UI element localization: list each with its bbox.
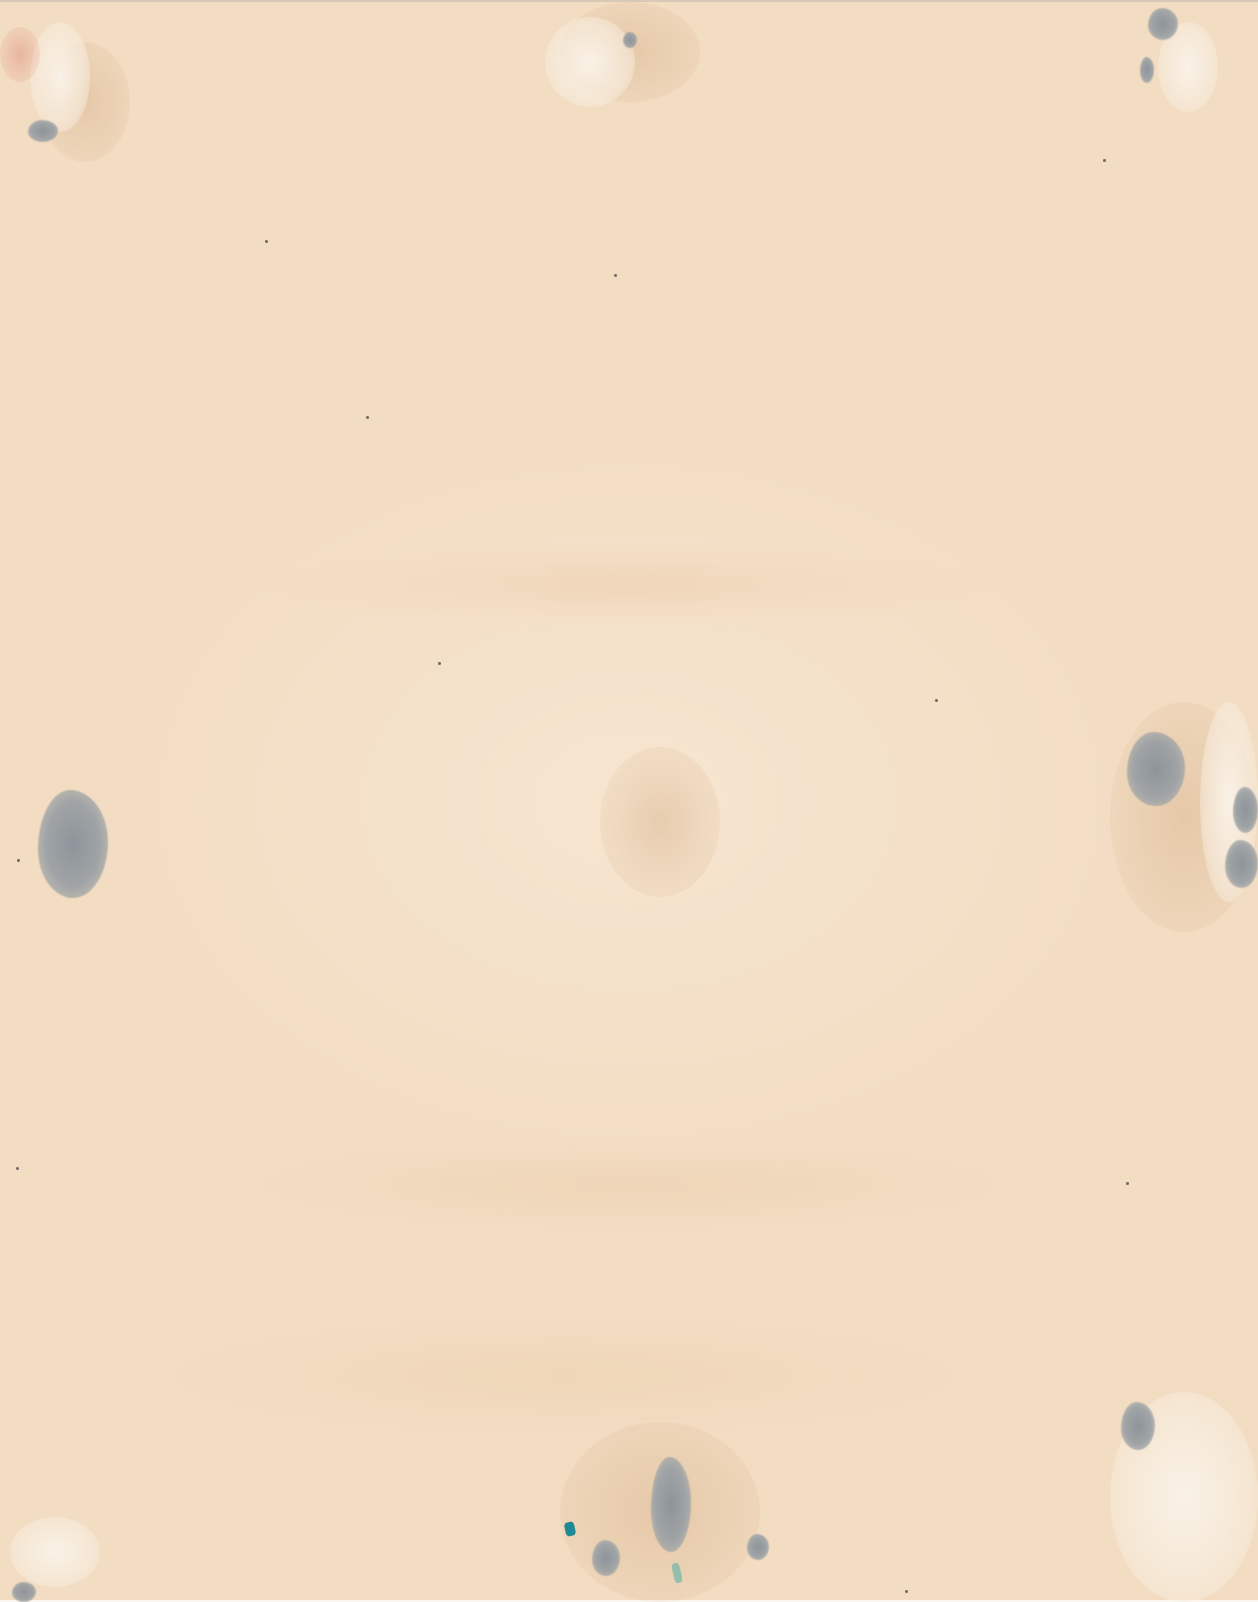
pink-discoloration: [0, 27, 40, 82]
adhesive-residue: [592, 1540, 620, 1576]
paper-sheet: [0, 0, 1258, 1600]
dust-speck: [905, 1590, 908, 1593]
adhesive-residue: [747, 1534, 769, 1560]
water-stain: [600, 747, 720, 897]
dust-speck: [366, 416, 369, 419]
dust-speck: [17, 859, 20, 862]
adhesive-residue: [12, 1582, 36, 1600]
adhesive-residue: [1225, 840, 1258, 888]
adhesive-residue: [1148, 8, 1178, 40]
adhesive-residue: [651, 1457, 691, 1552]
dust-speck: [438, 662, 441, 665]
adhesive-residue: [1140, 57, 1154, 83]
dust-speck: [614, 274, 617, 277]
dust-speck: [935, 699, 938, 702]
adhesive-residue: [1127, 732, 1185, 806]
dust-speck: [1126, 1182, 1129, 1185]
dust-speck: [1103, 159, 1106, 162]
bleached-area: [30, 22, 90, 132]
bleached-area: [10, 1517, 100, 1587]
dust-speck: [265, 240, 268, 243]
bleached-area: [545, 17, 635, 107]
dust-speck: [16, 1167, 19, 1170]
adhesive-residue: [38, 790, 108, 898]
adhesive-residue: [623, 32, 637, 48]
adhesive-residue: [1121, 1402, 1155, 1450]
adhesive-residue: [1233, 787, 1258, 833]
adhesive-residue: [28, 120, 58, 142]
